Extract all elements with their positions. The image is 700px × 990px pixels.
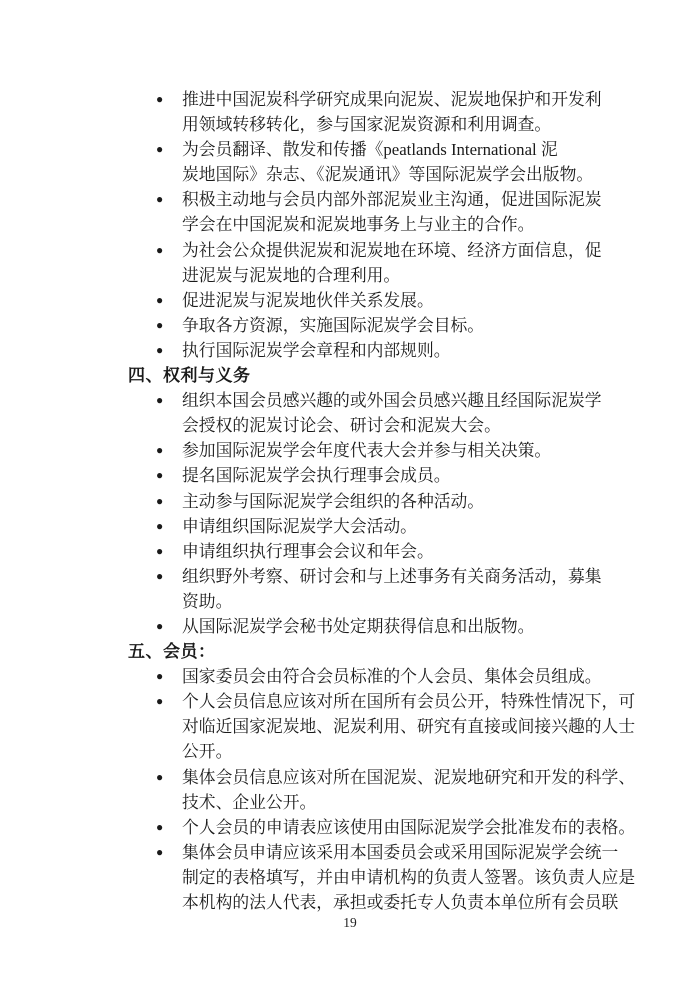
- bullet-icon: ●: [156, 539, 163, 564]
- text-line: 主动参与国际泥炭学会组织的各种活动。: [182, 489, 700, 514]
- text-line: 争取各方资源，实施国际泥炭学会目标。: [182, 313, 700, 338]
- list-item: ●推进中国泥炭科学研究成果向泥炭、泥炭地保护和开发利用领域转移转化，参与国家泥炭…: [182, 87, 700, 137]
- text-line: 促进泥炭与泥炭地伙伴关系发展。: [182, 288, 700, 313]
- bullet-icon: ●: [156, 388, 163, 413]
- text-line: 个人会员的申请表应该使用由国际泥炭学会批准发布的表格。: [182, 815, 700, 840]
- text-line: 会授权的泥炭讨论会、研讨会和泥炭大会。: [182, 413, 700, 438]
- list-item: ●集体会员信息应该对所在国泥炭、泥炭地研究和开发的科学、技术、企业公开。: [182, 765, 700, 815]
- list-item: ●组织本国会员感兴趣的或外国会员感兴趣且经国际泥炭学会授权的泥炭讨论会、研讨会和…: [182, 388, 700, 438]
- text-line: 集体会员信息应该对所在国泥炭、泥炭地研究和开发的科学、: [182, 765, 700, 790]
- text-line: 执行国际泥炭学会章程和内部规则。: [182, 338, 700, 363]
- bullet-icon: ●: [156, 338, 163, 363]
- list-item: ●促进泥炭与泥炭地伙伴关系发展。: [182, 288, 700, 313]
- bullet-icon: ●: [156, 187, 163, 212]
- bullet-icon: ●: [156, 288, 163, 313]
- bullet-icon: ●: [156, 313, 163, 338]
- bullet-icon: ●: [156, 664, 163, 689]
- bullet-icon: ●: [156, 489, 163, 514]
- text-line: 参加国际泥炭学会年度代表大会并参与相关决策。: [182, 438, 700, 463]
- list-item: ●个人会员信息应该对所在国所有会员公开，特殊性情况下，可对临近国家泥炭地、泥炭利…: [182, 689, 700, 764]
- text-line: 国家委员会由符合会员标准的个人会员、集体会员组成。: [182, 664, 700, 689]
- bullet-icon: ●: [156, 564, 163, 589]
- text-line: 集体会员申请应该采用本国委员会或采用国际泥炭学会统一: [182, 840, 700, 865]
- document-content: ●推进中国泥炭科学研究成果向泥炭、泥炭地保护和开发利用领域转移转化，参与国家泥炭…: [0, 87, 700, 915]
- text-line: 对临近国家泥炭地、泥炭利用、研究有直接或间接兴趣的人士: [182, 714, 700, 739]
- list-item: ●国家委员会由符合会员标准的个人会员、集体会员组成。: [182, 664, 700, 689]
- text-line: 推进中国泥炭科学研究成果向泥炭、泥炭地保护和开发利: [182, 87, 700, 112]
- section-heading: 四、权利与义务: [128, 363, 700, 388]
- text-line: 炭地国际》杂志、《泥炭通讯》等国际泥炭学会出版物。: [182, 162, 700, 187]
- list-item: ●申请组织执行理事会会议和年会。: [182, 539, 700, 564]
- text-line: 制定的表格填写，并由申请机构的负责人签署。该负责人应是: [182, 865, 700, 890]
- text-line: 积极主动地与会员内部外部泥炭业主沟通，促进国际泥炭: [182, 187, 700, 212]
- bullet-icon: ●: [156, 614, 163, 639]
- list-item: ●为社会公众提供泥炭和泥炭地在环境、经济方面信息，促进泥炭与泥炭地的合理利用。: [182, 238, 700, 288]
- section-heading: 五、会员：: [128, 639, 700, 664]
- text-line: 组织本国会员感兴趣的或外国会员感兴趣且经国际泥炭学: [182, 388, 700, 413]
- text-line: 公开。: [182, 739, 700, 764]
- bullet-icon: ●: [156, 765, 163, 790]
- bullet-icon: ●: [156, 87, 163, 112]
- text-line: 提名国际泥炭学会执行理事会成员。: [182, 463, 700, 488]
- bullet-icon: ●: [156, 438, 163, 463]
- bullet-icon: ●: [156, 689, 163, 714]
- text-line: 资助。: [182, 589, 700, 614]
- text-line: 技术、企业公开。: [182, 790, 700, 815]
- text-line: 从国际泥炭学会秘书处定期获得信息和出版物。: [182, 614, 700, 639]
- list-item: ●从国际泥炭学会秘书处定期获得信息和出版物。: [182, 614, 700, 639]
- list-item: ●争取各方资源，实施国际泥炭学会目标。: [182, 313, 700, 338]
- text-line: 申请组织国际泥炭学大会活动。: [182, 514, 700, 539]
- text-line: 为社会公众提供泥炭和泥炭地在环境、经济方面信息，促: [182, 238, 700, 263]
- bullet-icon: ●: [156, 815, 163, 840]
- document-page: ●推进中国泥炭科学研究成果向泥炭、泥炭地保护和开发利用领域转移转化，参与国家泥炭…: [0, 0, 700, 990]
- list-item: ●组织野外考察、研讨会和与上述事务有关商务活动，募集资助。: [182, 564, 700, 614]
- page-number: 19: [0, 913, 700, 933]
- bullet-icon: ●: [156, 238, 163, 263]
- text-line: 本机构的法人代表，承担或委托专人负责本单位所有会员联: [182, 890, 700, 915]
- text-line: 组织野外考察、研讨会和与上述事务有关商务活动，募集: [182, 564, 700, 589]
- list-item: ●申请组织国际泥炭学大会活动。: [182, 514, 700, 539]
- list-item: ●个人会员的申请表应该使用由国际泥炭学会批准发布的表格。: [182, 815, 700, 840]
- text-line: 申请组织执行理事会会议和年会。: [182, 539, 700, 564]
- text-line: 为会员翻译、散发和传播《peatlands International 泥: [182, 137, 700, 162]
- bullet-icon: ●: [156, 514, 163, 539]
- list-item: ●执行国际泥炭学会章程和内部规则。: [182, 338, 700, 363]
- list-item: ●参加国际泥炭学会年度代表大会并参与相关决策。: [182, 438, 700, 463]
- text-line: 学会在中国泥炭和泥炭地事务上与业主的合作。: [182, 212, 700, 237]
- text-line: 用领域转移转化，参与国家泥炭资源和利用调查。: [182, 112, 700, 137]
- text-line: 个人会员信息应该对所在国所有会员公开，特殊性情况下，可: [182, 689, 700, 714]
- bullet-icon: ●: [156, 137, 163, 162]
- list-item: ●积极主动地与会员内部外部泥炭业主沟通，促进国际泥炭学会在中国泥炭和泥炭地事务上…: [182, 187, 700, 237]
- bullet-icon: ●: [156, 840, 163, 865]
- list-item: ●主动参与国际泥炭学会组织的各种活动。: [182, 489, 700, 514]
- list-item: ● 集体会员申请应该采用本国委员会或采用国际泥炭学会统一制定的表格填写，并由申请…: [182, 840, 700, 915]
- bullet-icon: ●: [156, 463, 163, 488]
- text-line: 进泥炭与泥炭地的合理利用。: [182, 263, 700, 288]
- list-item: ●为会员翻译、散发和传播《peatlands International 泥炭地…: [182, 137, 700, 187]
- list-item: ●提名国际泥炭学会执行理事会成员。: [182, 463, 700, 488]
